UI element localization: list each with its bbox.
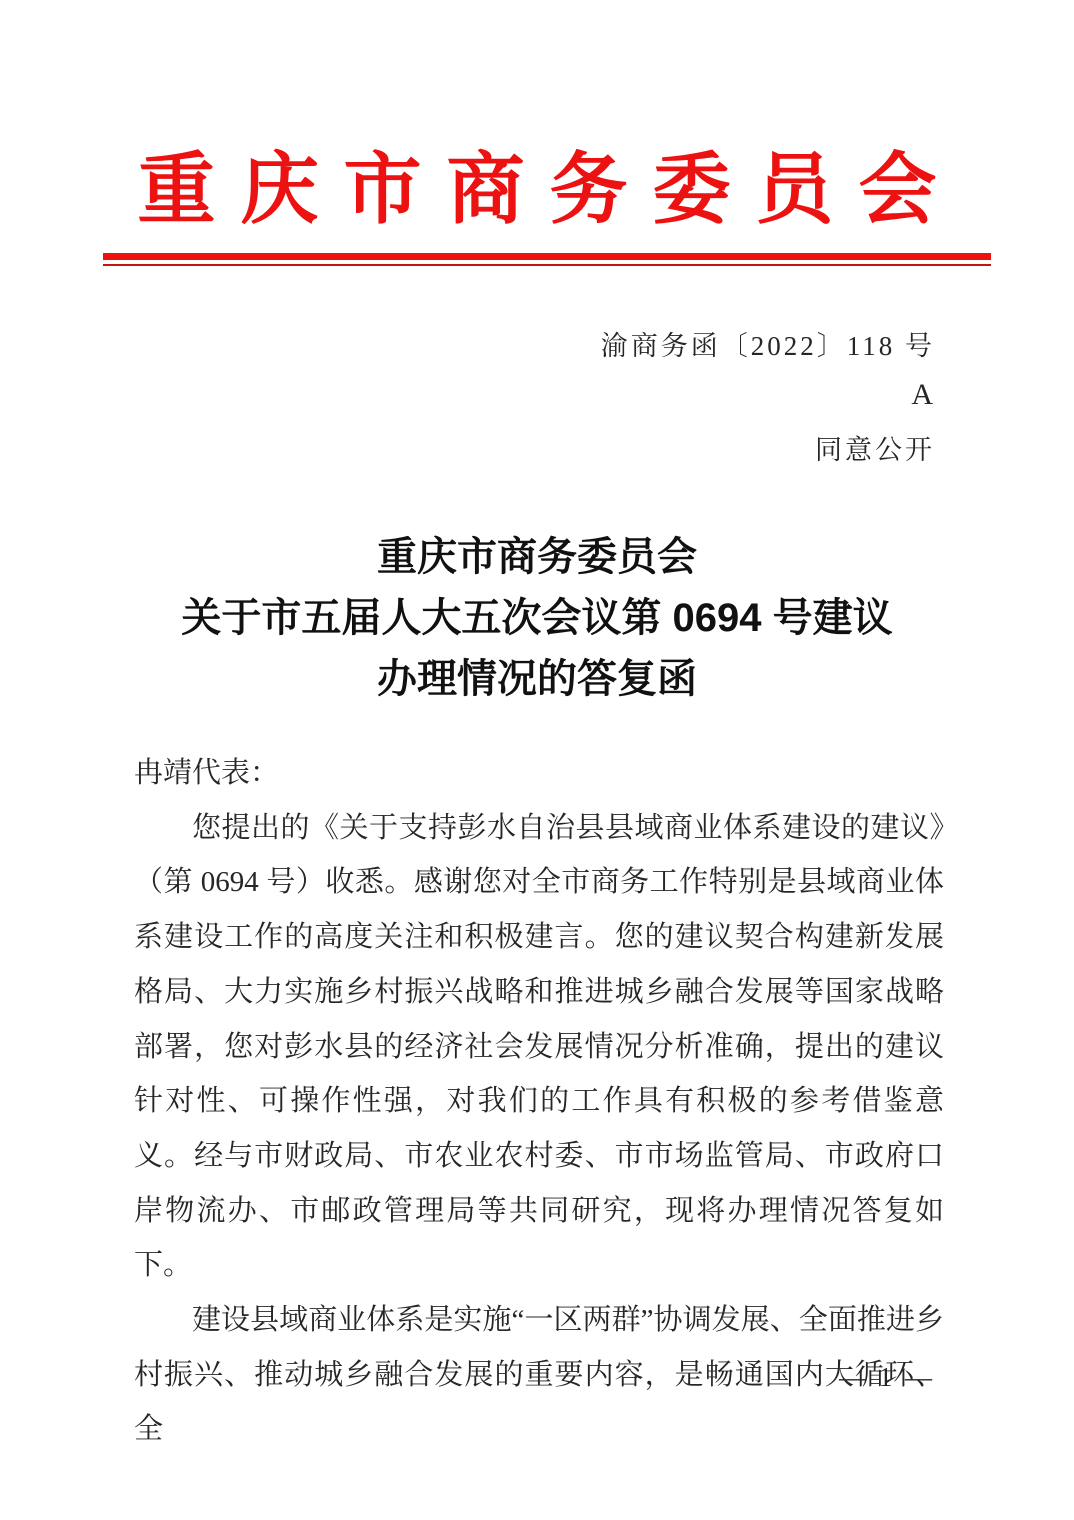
document-title-line-3: 办理情况的答复函 <box>0 649 1074 710</box>
letter-body: 冉靖代表： 您提出的《关于支持彭水自治县县域商业体系建设的建议》（第 0694 … <box>134 746 944 1457</box>
disclosure-status: 同意公开 <box>815 428 935 467</box>
document-page: 重庆市商务委员会 渝商务函〔2022〕118 号 A 同意公开 重庆市商务委员会… <box>0 0 1074 1520</box>
document-title: 重庆市商务委员会 关于市五届人大五次会议第 0694 号建议 办理情况的答复函 <box>0 527 1074 710</box>
document-title-line-1: 重庆市商务委员会 <box>0 527 1074 588</box>
document-title-line-2: 关于市五届人大五次会议第 0694 号建议 <box>0 588 1074 649</box>
body-paragraph-2: 建设县域商业体系是实施“一区两群”协调发展、全面推进乡村振兴、推动城乡融合发展的… <box>134 1293 944 1457</box>
letterhead-agency-name: 重庆市商务委员会 <box>0 140 1074 240</box>
letterhead-rule-thick <box>103 253 991 260</box>
salutation: 冉靖代表： <box>134 746 944 801</box>
body-paragraph-1: 您提出的《关于支持彭水自治县县域商业体系建设的建议》（第 0694 号）收悉。感… <box>134 801 944 1293</box>
page-number: — 1 — <box>839 1362 935 1393</box>
letterhead-rule-thin <box>103 264 991 266</box>
handling-grade: A <box>911 378 933 412</box>
document-number: 渝商务函〔2022〕118 号 <box>601 324 935 363</box>
